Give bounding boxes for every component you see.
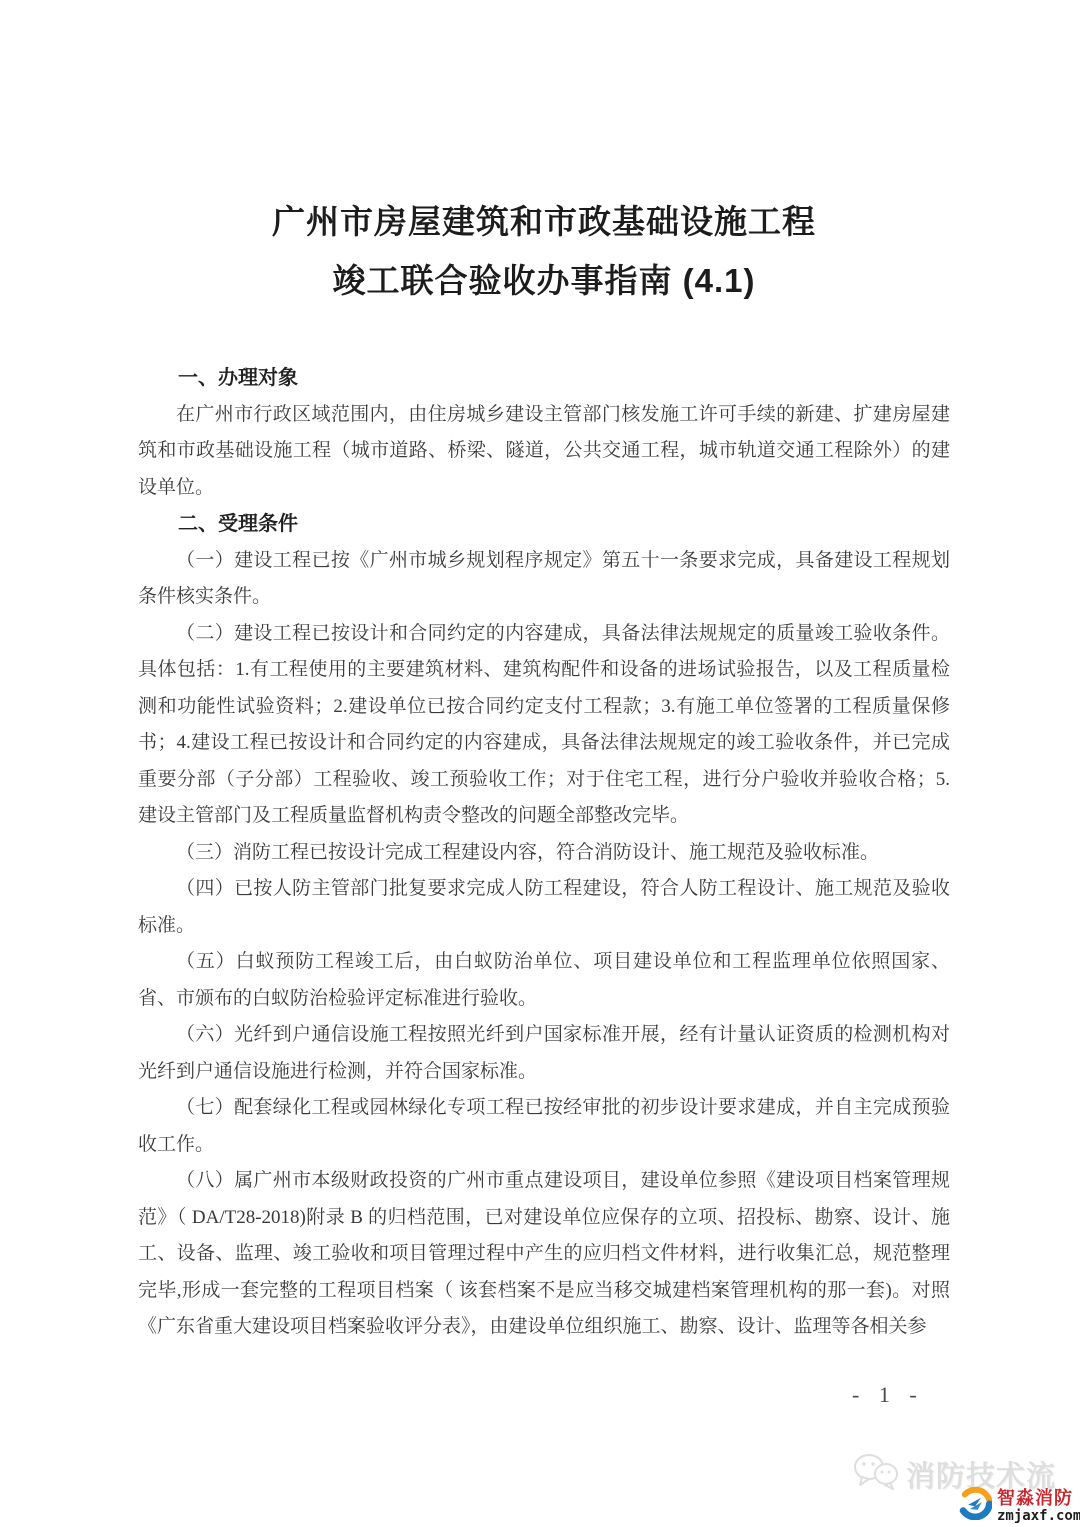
zhimiao-logo-icon: [958, 1486, 992, 1525]
paragraph: （五）白蚁预防工程竣工后，由白蚁防治单位、项目建设单位和工程监理单位依照国家、省…: [138, 944, 950, 1017]
wechat-bubbles-icon: [852, 1452, 900, 1497]
document-content: 广州市房屋建筑和市政基础设施工程 竣工联合验收办事指南 (4.1) 一、办理对象…: [138, 192, 950, 1346]
document-page: 广州市房屋建筑和市政基础设施工程 竣工联合验收办事指南 (4.1) 一、办理对象…: [0, 0, 1080, 1527]
brand-name: 智淼消防: [997, 1489, 1080, 1507]
paragraph: （八）属广州市本级财政投资的广州市重点建设项目，建设单位参照《建设项目档案管理规…: [138, 1163, 950, 1346]
paragraph: （六）光纤到户通信设施工程按照光纤到户国家标准开展，经有计量认证资质的检测机构对…: [138, 1017, 950, 1090]
page-number: - 1 -: [852, 1382, 924, 1408]
paragraph: （四）已按人防主管部门批复要求完成人防工程建设，符合人防工程设计、施工规范及验收…: [138, 871, 950, 944]
brand-logo-block: 智淼消防 zmjaxf.com: [958, 1486, 1080, 1525]
document-title: 广州市房屋建筑和市政基础设施工程 竣工联合验收办事指南 (4.1): [138, 192, 950, 310]
document-title-line-1: 广州市房屋建筑和市政基础设施工程: [272, 203, 816, 240]
document-title-line-2: 竣工联合验收办事指南 (4.1): [332, 262, 755, 299]
paragraph: 在广州市行政区域范围内，由住房城乡建设主管部门核发施工许可手续的新建、扩建房屋建…: [138, 397, 950, 507]
paragraph: （一）建设工程已按《广州市城乡规划程序规定》第五十一条要求完成，具备建设工程规划…: [138, 543, 950, 616]
section-heading-processing-target: 一、办理对象: [138, 360, 950, 397]
section-heading-acceptance-conditions: 二、受理条件: [138, 506, 950, 543]
paragraph: （七）配套绿化工程或园林绿化专项工程已按经审批的初步设计要求建成，并自主完成预验…: [138, 1090, 950, 1163]
paragraph: （二）建设工程已按设计和合同约定的内容建成，具备法律法规规定的质量竣工验收条件。…: [138, 616, 950, 835]
paragraph: （三）消防工程已按设计完成工程建设内容，符合消防设计、施工规范及验收标准。: [138, 835, 950, 872]
brand-url: zmjaxf.com: [997, 1509, 1080, 1523]
